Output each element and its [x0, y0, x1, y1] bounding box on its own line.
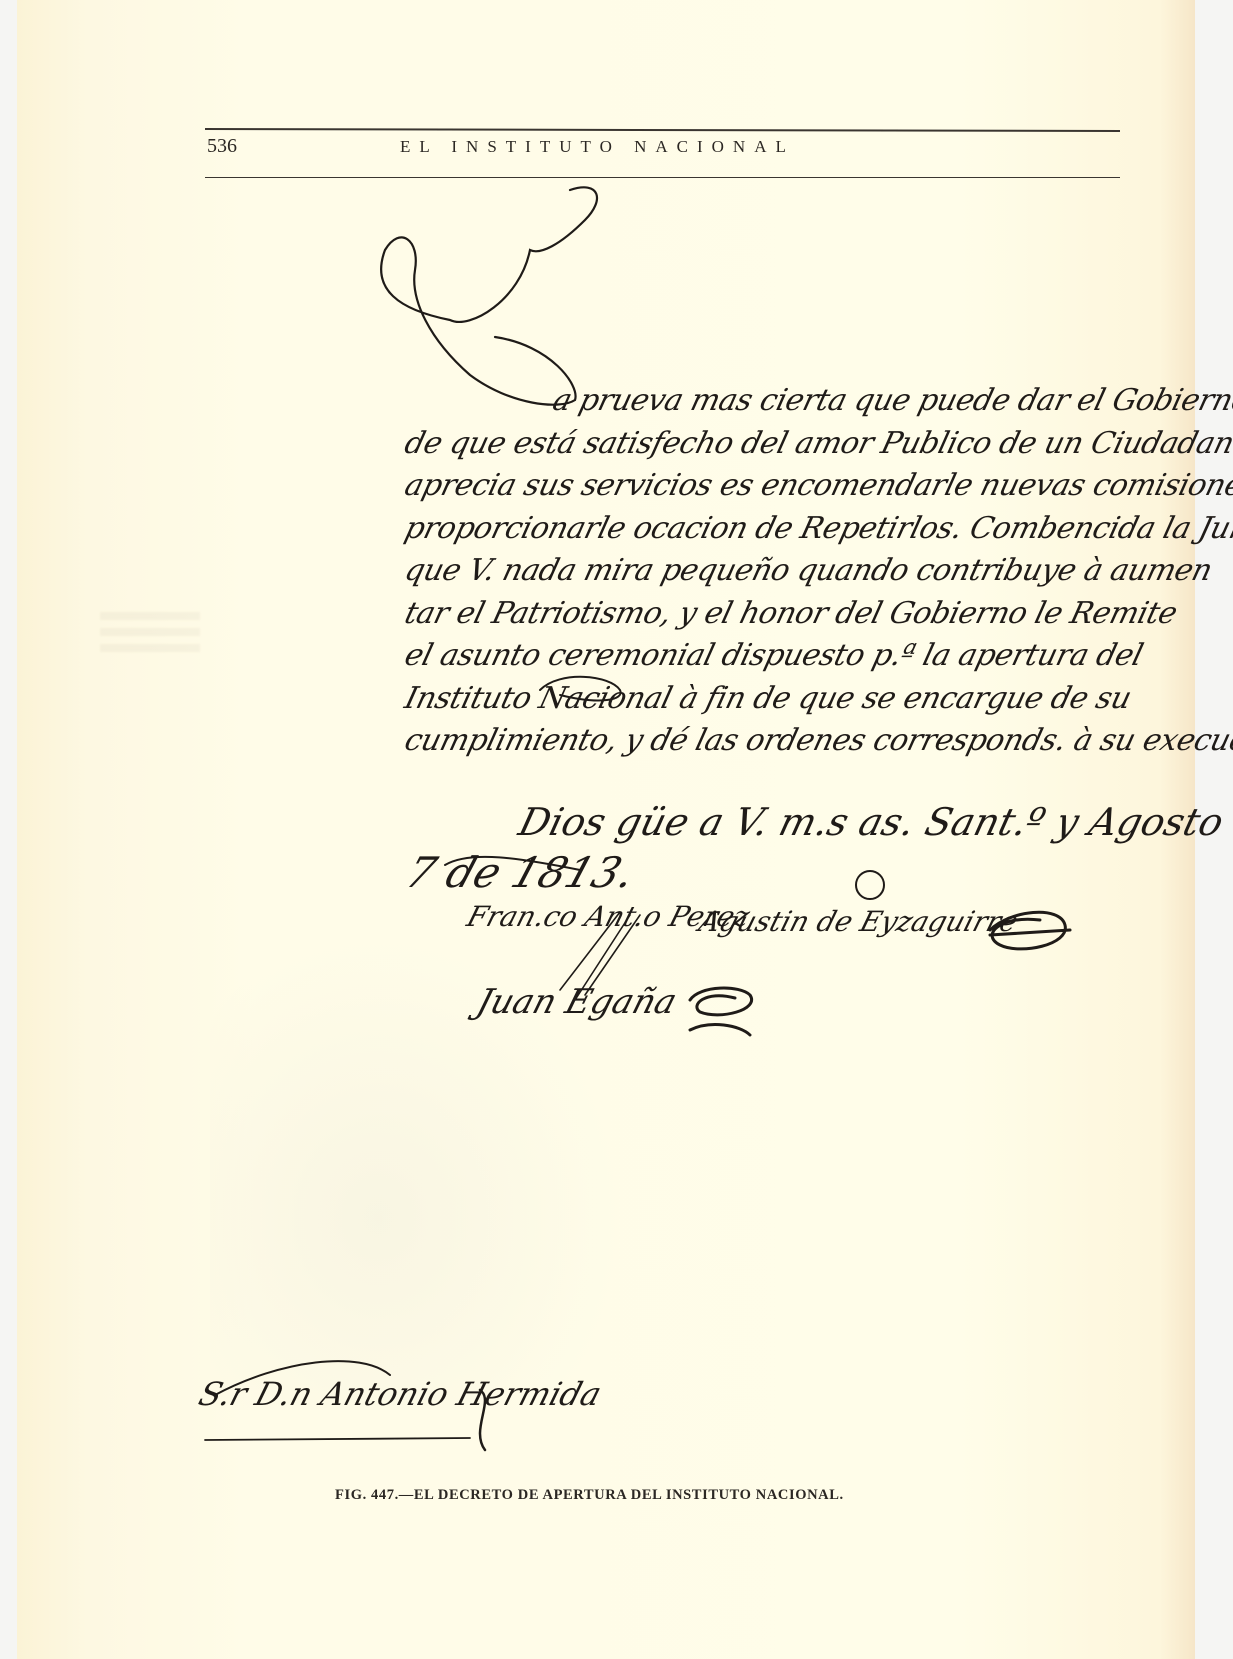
manuscript-line: que V. nada mira pequeño quando contribu… [400, 550, 1111, 593]
manuscript-line: de que está satisfecho del amor Publico … [400, 423, 1111, 466]
manuscript-line: proporcionarle ocacion de Repetirlos. Co… [400, 508, 1111, 551]
closing-formula: Dios güe a V. m.s as. Sant.º y Agosto [515, 800, 1228, 844]
signature-eyzaguirre: Agustin de Eyzaguirre [695, 905, 1022, 938]
margin-note-bleed-through [100, 612, 200, 652]
addressee-hermida: S.r D.n Antonio Hermida [195, 1375, 606, 1413]
manuscript-line: Instituto Nacional à fin de que se encar… [400, 678, 1111, 721]
figure-caption: FIG. 447.—EL DECRETO DE APERTURA DEL INS… [335, 1487, 844, 1504]
manuscript-body: a prueva mas cierta que puede dar el Gob… [400, 380, 1100, 763]
page-number: 536 [207, 135, 237, 158]
manuscript-line: el asunto ceremonial dispuesto p.ª la ap… [400, 635, 1111, 678]
document-date: 7 de 1813. [400, 848, 641, 897]
header-rule-bottom [205, 177, 1120, 178]
manuscript-line: cumplimiento, y dé las ordenes correspon… [400, 720, 1111, 763]
running-title: EL INSTITUTO NACIONAL [400, 137, 795, 157]
signature-egana: Juan Egaña [472, 982, 681, 1022]
manuscript-line: aprecia sus servicios es encomendarle nu… [400, 465, 1111, 508]
manuscript-line: a prueva mas cierta que puede dar el Gob… [400, 380, 1111, 423]
manuscript-line: tar el Patriotismo, y el honor del Gobie… [400, 593, 1111, 636]
